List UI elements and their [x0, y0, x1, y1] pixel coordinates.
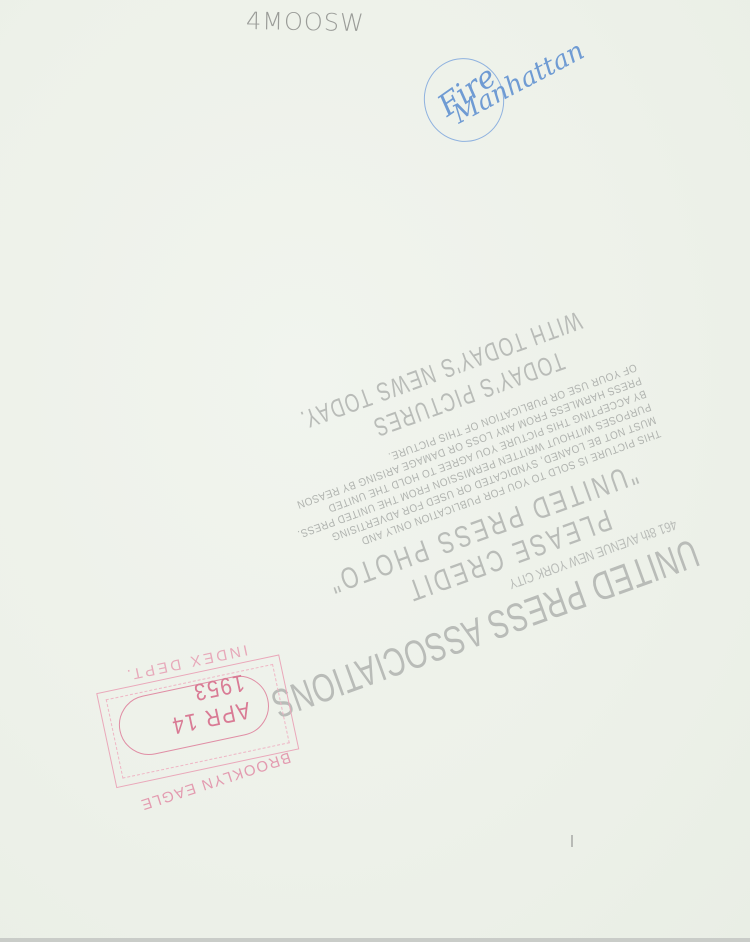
pencil-note: 4MOOSW: [246, 7, 365, 37]
pencil-mark: [571, 835, 573, 847]
paper-edge: [0, 938, 750, 942]
